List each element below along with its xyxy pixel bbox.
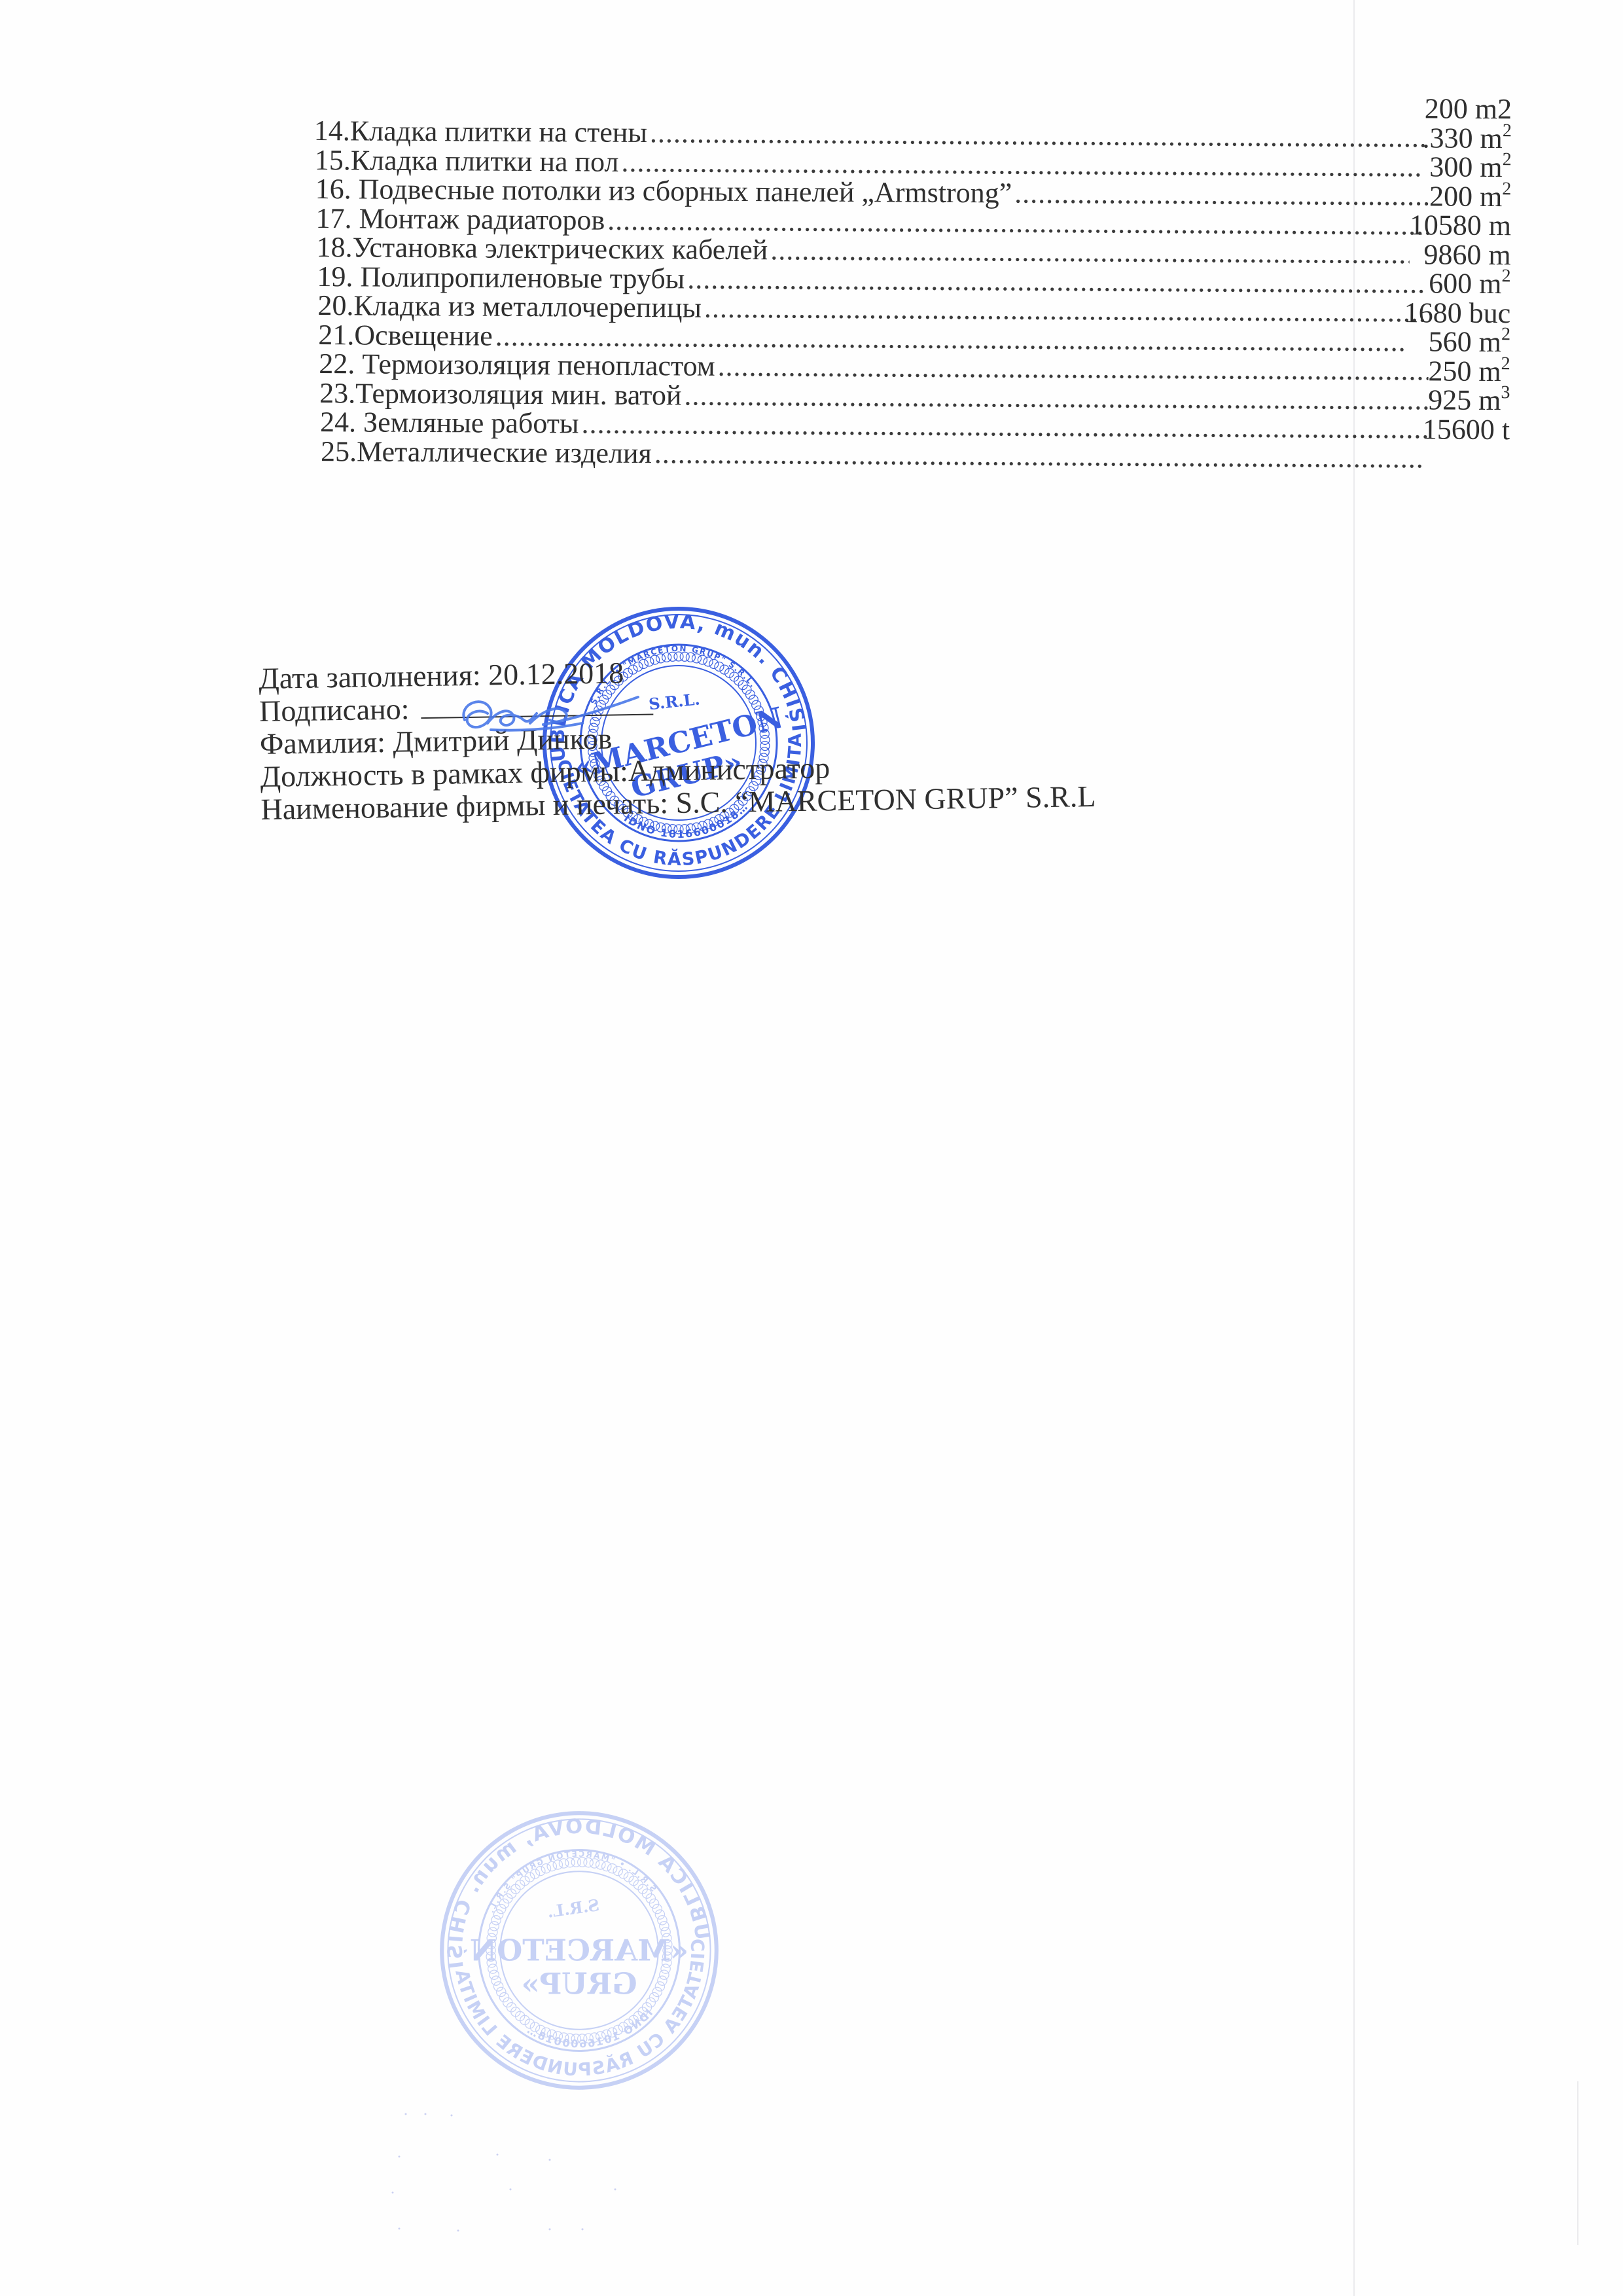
work-item-label: 25.Металлические изделия (321, 437, 654, 469)
work-item-label: 24. Земляные работы (320, 408, 582, 439)
work-item-label: 14.Кладка плитки на стены (314, 117, 650, 148)
leader-dots: ........................................… (581, 410, 1428, 444)
leader-dots: ........................................… (650, 118, 1425, 152)
svg-text:«MARCETON: «MARCETON (470, 1933, 688, 1967)
leader-dots: ........................................… (684, 381, 1428, 414)
document-page: 14.Кладка плитки на стены...............… (0, 0, 1623, 2296)
position-value: Администратор (628, 751, 830, 787)
work-item-quantity: 560 m2 (1429, 327, 1511, 357)
handwritten-signature (452, 684, 648, 749)
company-label: Наименование фирмы и печать: (260, 786, 668, 826)
fill-date-label: Дата заполнения: (259, 658, 481, 695)
svg-text:GRUP»: GRUP» (521, 1967, 637, 2001)
work-item-quantity: 9860 m (1423, 240, 1511, 270)
work-item-quantity: 250 m2 (1428, 357, 1510, 386)
leader-dots: ........................................… (704, 294, 1429, 327)
leader-dots: ........................................… (718, 352, 1429, 386)
work-item-label: 21.Освещение (318, 321, 495, 351)
work-item-quantity: 10580 m (1410, 211, 1512, 240)
work-item-label: 22. Термоизоляция пенопластом (319, 350, 718, 381)
work-item-label: 18.Установка электрических кабелей (316, 233, 770, 265)
company-value: S.C. “MARCETON GRUP” S.R.L (675, 780, 1096, 819)
work-item-quantity: .330 m2 (1422, 124, 1512, 153)
leader-dots: ........................................… (687, 264, 1423, 298)
leader-dots: ........................................… (770, 236, 1409, 268)
leader-dots: ........................................… (654, 439, 1423, 473)
work-item-label: 23.Термоизоляция мин. ватой (319, 379, 685, 410)
work-item-label: 15.Кладка плитки на пол (315, 146, 622, 177)
work-item-label: 19. Полипропиленовые трубы (317, 262, 687, 294)
scan-edge-line (1577, 2081, 1578, 2245)
work-item-quantity: 600 m2 (1429, 269, 1511, 298)
work-item-quantity: 1680 buc (1404, 298, 1511, 328)
bleed-through-stamp: REPUBLICA MOLDOVA, mun. CHIȘINĂU* SOCIET… (414, 1787, 745, 2113)
surname-label: Фамилия: (260, 725, 386, 761)
work-item-quantity: 15600 t (1423, 415, 1510, 444)
works-list: 14.Кладка плитки на стены...............… (312, 117, 1512, 473)
work-item-quantity: 200 m2 (1429, 182, 1512, 211)
work-item-quantity: 925 m3 (1428, 386, 1510, 415)
signature-block: Дата заполнения: 20.12.2018 Подписано: Ф… (259, 649, 1096, 826)
signed-label: Подписано: (259, 692, 410, 728)
work-item-label: 20.Кладка из металлочерепицы (317, 291, 704, 323)
work-item-quantity: 300 m2 (1429, 152, 1512, 182)
bleed-through-marks (380, 2101, 838, 2265)
leader-dots: ........................................… (1014, 179, 1429, 211)
work-item-label: 17. Монтаж радиаторов (316, 204, 608, 235)
svg-text:S.R.L.: S.R.L. (546, 1895, 600, 1922)
work-item-quantity: 200 m2 (1425, 94, 1512, 124)
